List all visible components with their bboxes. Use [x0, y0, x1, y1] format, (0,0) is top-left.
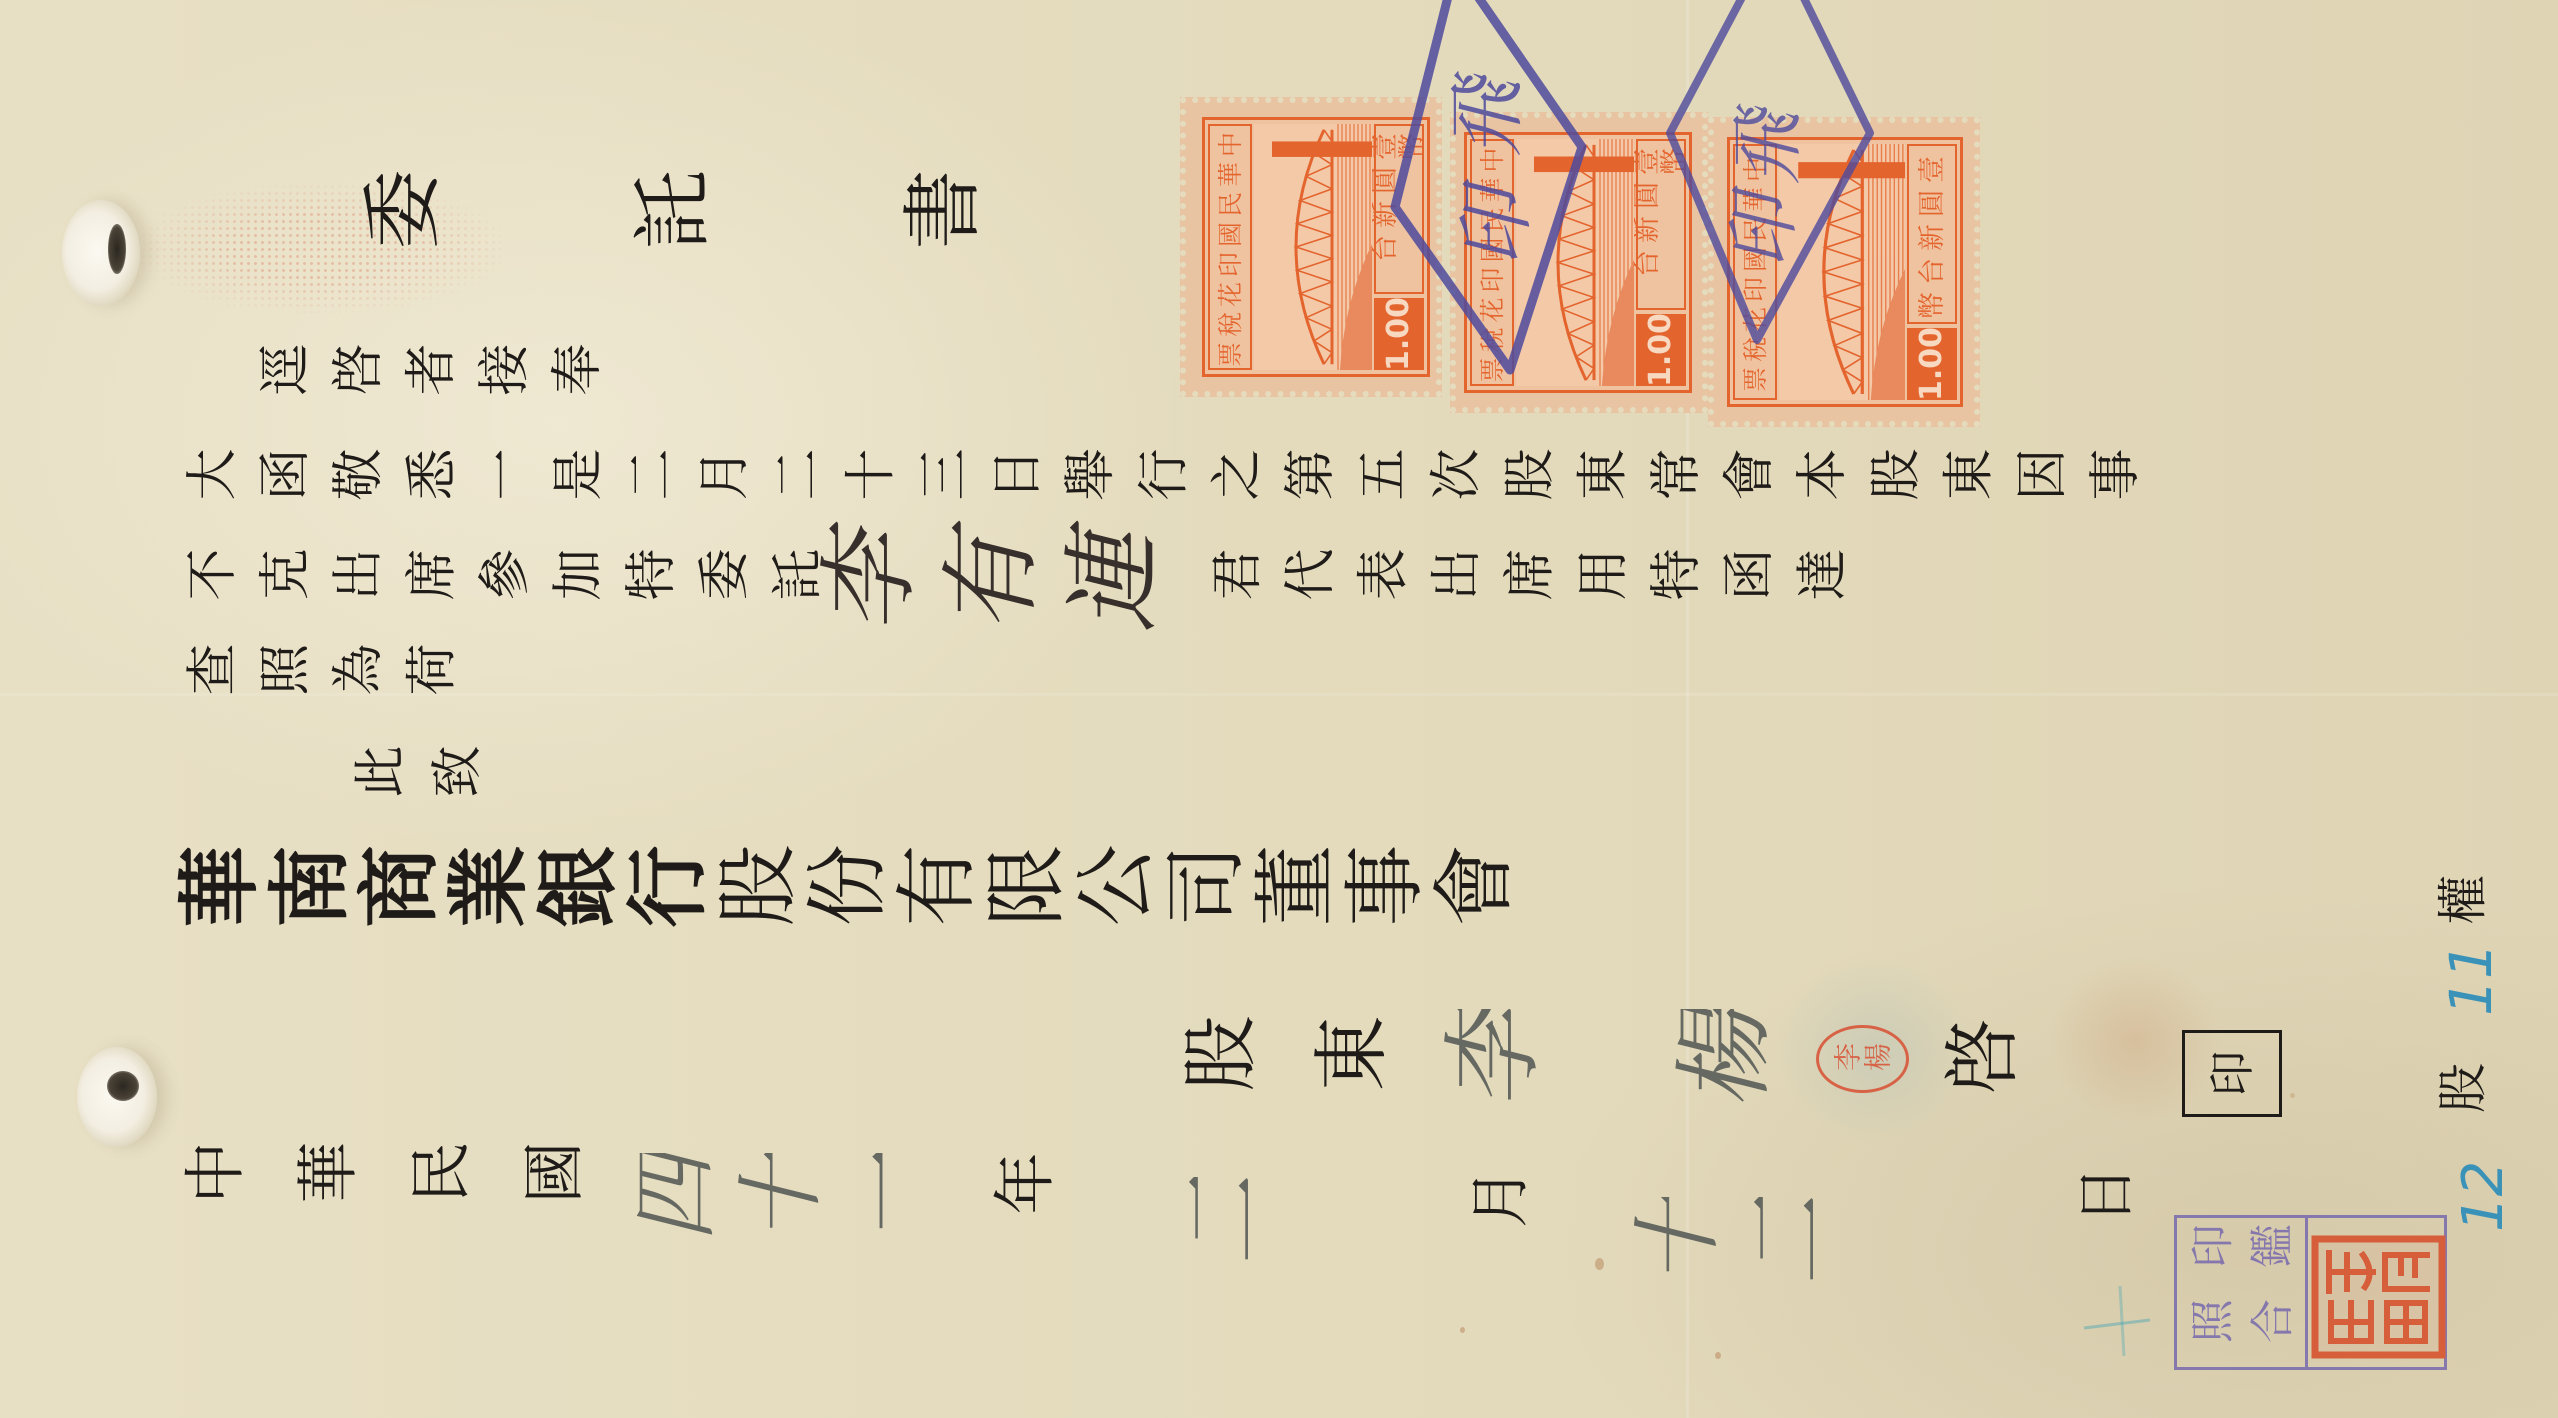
document-page-rotated: 委託書 逕啓者接奉 大函敬悉一是二月二十三日舉行之第五次股東常會本股東因事 不克…: [0, 0, 2558, 1418]
verification-text: 印鑑照合: [2189, 1213, 2313, 1363]
stamp-printed-frame: 中華民國印花稅票 1.00 壹圓新台幣: [1727, 137, 1963, 407]
bridge-icon: [1779, 144, 1905, 400]
stamp-bottom-band: 1.00 壹圓新台幣: [1374, 124, 1424, 370]
addressee-bank-name: 華南商業銀行: [176, 845, 714, 941]
stamp-bottom-band: 1.00 壹圓新台幣: [1907, 144, 1957, 400]
stamp-bridge-vignette: [1516, 139, 1634, 386]
stamp-issuer-text: 中華民國印花稅票: [1733, 144, 1777, 400]
date-year-unit: 年: [992, 1158, 1054, 1220]
red-square-seal: [2311, 1235, 2446, 1359]
margin-value-shares-handwritten: 12: [2456, 1161, 2512, 1232]
margin-label-shares: 股: [2438, 1063, 2488, 1113]
stamp-denomination-text: 壹圓新台幣: [1907, 144, 1957, 324]
date-month-handwritten: 二: [1175, 1185, 1265, 1275]
stamp-printed-frame: 中華民國印花稅票 1.00 壹圓新台幣: [1464, 132, 1692, 393]
stamp-denomination-text: 壹圓新台幣: [1374, 124, 1424, 294]
addressee-line: 華南商業銀行股份有限公司董事會: [176, 852, 1520, 934]
scanned-proxy-document: 委託書 逕啓者接奉 大函敬悉一是二月二十三日舉行之第五次股東常會本股東因事 不克…: [0, 0, 2558, 1418]
addressee-board-name: 股份有限公司董事會: [714, 845, 1520, 940]
date-era: 中華民國: [182, 1147, 634, 1209]
stamp-value: 1.00: [1636, 314, 1686, 386]
verification-divider: [2305, 1218, 2308, 1367]
revenue-stamp: 中華民國印花稅票 1.00 壹圓新台幣: [1450, 112, 1708, 413]
date-year-handwritten: 四十一: [628, 1161, 946, 1249]
stamp-bridge-vignette: [1779, 144, 1905, 400]
date-day-handwritten: 十二: [1630, 1205, 1850, 1295]
shareholder-label: 股東: [1180, 1022, 1442, 1098]
sign-off: 啓: [1942, 1025, 2018, 1101]
body-line-4: 查照為荷: [184, 649, 477, 701]
bridge-icon: [1516, 139, 1634, 386]
margin-label-rights: 權: [2438, 875, 2488, 925]
proxy-handwritten-signature: 李有連: [816, 542, 1182, 642]
stamp-bottom-band: 1.00 壹圓新台幣: [1636, 139, 1686, 386]
revenue-stamp: 中華民國印花稅票 1.00 壹圓新台幣: [1180, 97, 1442, 397]
opening-line: 逕啓者接奉: [257, 349, 622, 401]
body-line-3-suffix: 君代表出席用特函達: [1209, 554, 1868, 606]
date-day-unit: 日: [2075, 1171, 2133, 1229]
stamp-printed-frame: 中華民國印花稅票 1.00 壹圓新台幣: [1202, 117, 1430, 377]
closing-phrase: 此致: [352, 751, 506, 803]
stamp-issuer-text: 中華民國印花稅票: [1470, 139, 1514, 386]
shareholder-oval-seal: 李楊: [1816, 1025, 1909, 1093]
revenue-stamp: 中華民國印花稅票 1.00 壹圓新台幣: [1708, 117, 1980, 427]
stamp-value: 1.00: [1907, 328, 1957, 400]
bridge-icon: [1254, 124, 1372, 370]
body-line-3-prefix: 不克出席參加特委託: [184, 554, 843, 606]
date-month-unit: 月: [1468, 1173, 1528, 1233]
seal-box-label: 印: [2209, 1051, 2255, 1097]
stamp-bridge-vignette: [1254, 124, 1372, 370]
stamp-issuer-text: 中華民國印花稅票: [1208, 124, 1252, 370]
margin-value-rights-handwritten: 11: [2442, 942, 2500, 1016]
document-title: 委託書: [360, 177, 1170, 257]
seal-text: 李楊: [1833, 1045, 1893, 1073]
body-line-2: 大函敬悉一是二月二十三日舉行之第五次股東常會本股東因事: [184, 454, 2160, 506]
seal-verification-stamp: 印鑑照合: [2174, 1215, 2447, 1370]
seal-placeholder-box: 印: [2182, 1030, 2282, 1117]
stamp-denomination-text: 壹圓新台幣: [1636, 139, 1686, 310]
stamp-value: 1.00: [1374, 298, 1424, 370]
